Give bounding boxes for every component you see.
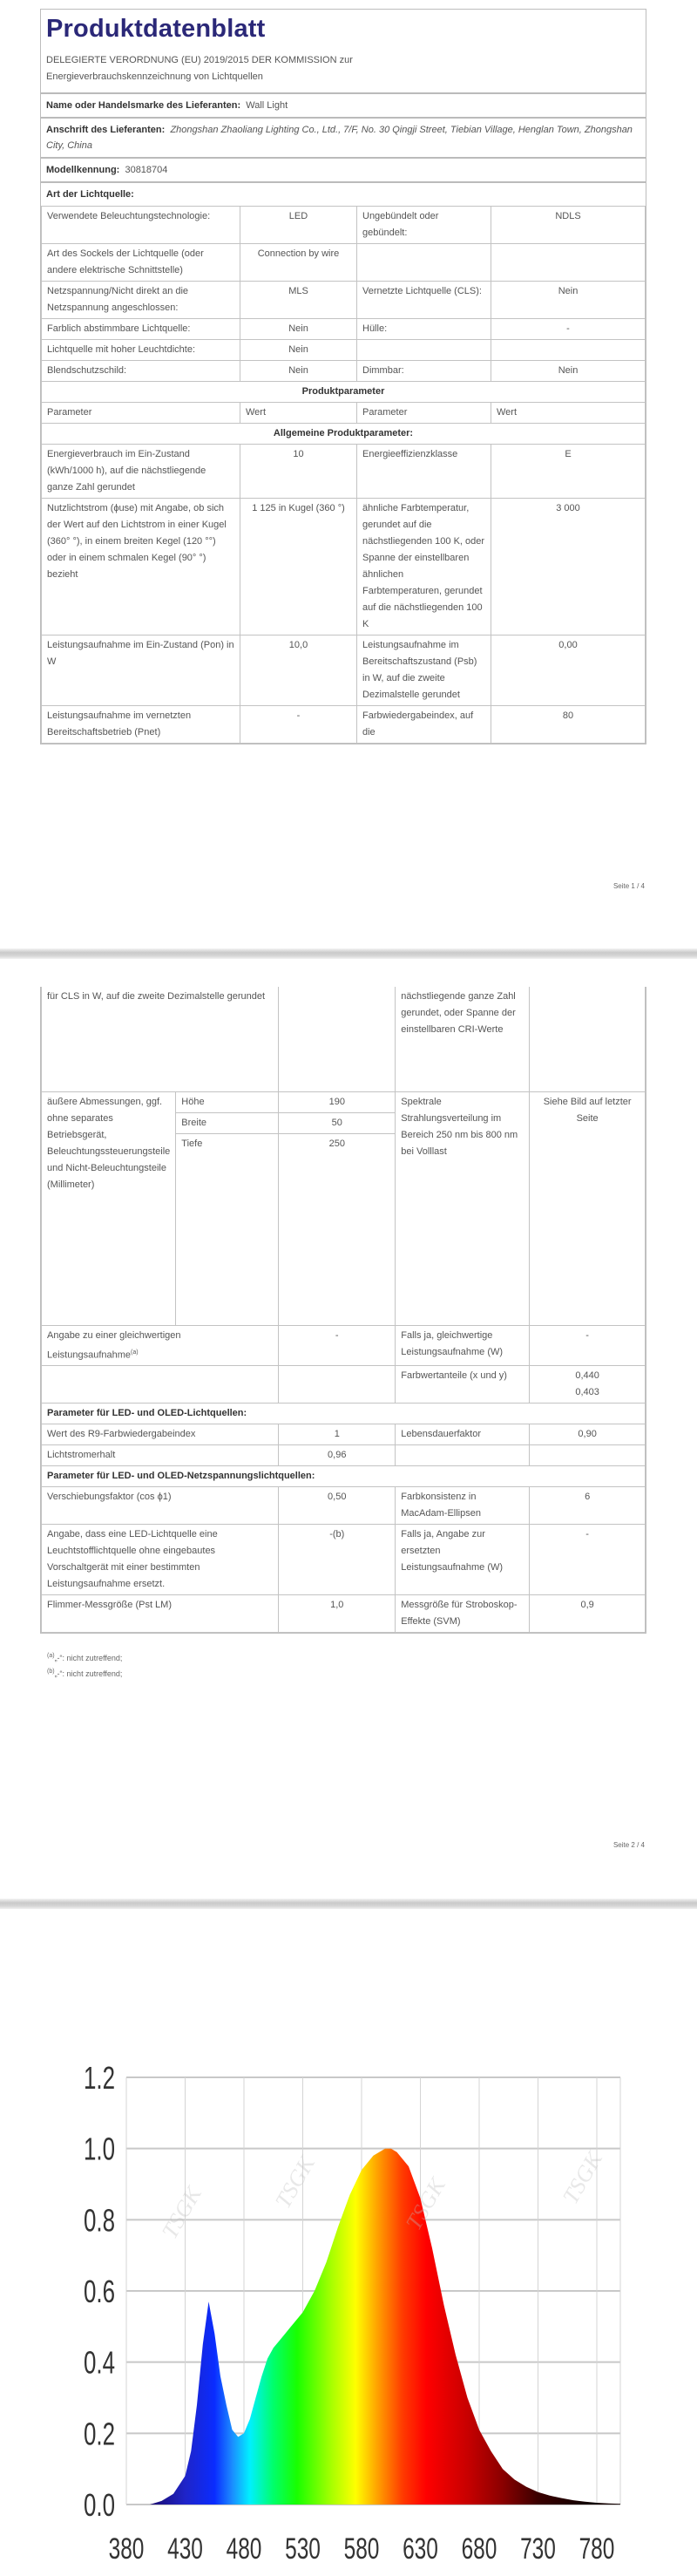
led-params-heading: Parameter für LED- und OLED-Lichtquellen… [42,1404,646,1424]
general-param-value-2: E [491,445,646,499]
equivalent-power-row: Angabe zu einer gleichwertigen Leistungs… [42,1325,646,1366]
type-value-1: Connection by wire [240,244,357,282]
general-param-param-1: Nutzlichtstrom (ϕuse) mit Angabe, ob sic… [42,499,240,636]
type-row: Art des Sockels der Lichtquelle (oder an… [42,244,646,282]
x-tick-label: 480 [227,2532,262,2566]
spectral-distribution-chart: TSGKTSGKTSGKTSGK0.00.20.40.60.81.01.2380… [0,1909,697,2576]
model-value: 30818704 [125,165,167,175]
general-params-heading: Allgemeine Produktparameter: [42,424,646,445]
type-value-2: NDLS [491,207,646,244]
mls-param-row: Angabe, dass eine LED-Lichtquelle eine L… [42,1525,646,1595]
general-param-value-1: - [240,706,357,744]
general-param-value-1: 1 125 in Kugel (360 °) [240,499,357,636]
subtitle-line1: DELEGIERTE VERORDNUNG (EU) 2019/2015 DER… [46,52,646,69]
type-row: Verwendete Beleuchtungstechnologie:LEDUn… [42,207,646,244]
mls-param-value-1: 0,50 [279,1487,396,1525]
type-value-2 [491,340,646,361]
led-param-param-1: Wert des R9-Farbwiedergabeindex [42,1424,279,1445]
datasheet-frame-page2: für CLS in W, auf die zweite Dezimalstel… [40,987,646,1634]
type-param-1: Farblich abstimmbare Lichtquelle: [42,319,240,340]
type-row: Netzspannung/Nicht direkt an die Netzspa… [42,282,646,319]
watermark: TSGK [270,2151,321,2212]
light-source-type-row: Art der Lichtquelle: [41,181,646,206]
spectrum-area [150,2149,620,2505]
led-param-param-1: Lichtstromerhalt [42,1445,279,1466]
type-param-1: Netzspannung/Nicht direkt an die Netzspa… [42,282,240,319]
type-param-2 [357,340,491,361]
led-param-value-1: 1 [279,1424,396,1445]
general-param-row: Energieverbrauch im Ein-Zustand (kWh/100… [42,445,646,499]
x-tick-label: 780 [579,2532,615,2566]
supplier-name-row: Name oder Handelsmarke des Lieferanten: … [41,92,646,117]
led-param-row: Wert des R9-Farbwiedergabeindex1Lebensda… [42,1424,646,1445]
x-tick-label: 380 [109,2532,145,2566]
column-header-row: Parameter Wert Parameter Wert [42,403,646,424]
page-3: TSGKTSGKTSGKTSGK0.00.20.40.60.81.01.2380… [0,1909,697,2576]
y-tick-label: 0.8 [84,2203,115,2238]
product-params-heading: Produktparameter [42,382,646,403]
continued-row: für CLS in W, auf die zweite Dezimalstel… [42,987,646,1091]
general-param-param-2: Energieeffizienzklasse [357,445,491,499]
equivalent-power-watt-label: Falls ja, gleichwertige Leistungsaufnahm… [396,1325,530,1366]
footnote: (b)„-“: nicht zutreffend; [47,1665,122,1681]
col-header-value-1: Wert [240,403,357,424]
y-tick-label: 0.6 [84,2274,115,2309]
cont-param-1: für CLS in W, auf die zweite Dezimalstel… [42,987,279,1091]
x-tick-label: 530 [285,2532,321,2566]
y-tick-label: 0.4 [84,2346,115,2381]
footnote-text: „-“: nicht zutreffend; [55,1669,123,1678]
type-value-2 [491,244,646,282]
type-value-1: Nein [240,319,357,340]
dimension-height-value: 190 [279,1091,396,1112]
cont-value-1 [279,987,396,1091]
footnote: (a)„-“: nicht zutreffend; [47,1649,122,1665]
spectral-distribution-label: Spektrale Strahlungsverteilung im Bereic… [396,1091,530,1325]
general-param-param-2: Farbwiedergabeindex, auf die [357,706,491,744]
equivalent-power-label: Angabe zu einer gleichwertigen Leistungs… [47,1330,181,1361]
params-table-page2: für CLS in W, auf die zweite Dezimalstel… [41,987,646,1633]
led-param-value-2: 0,90 [530,1424,646,1445]
col-header-param-2: Parameter [357,403,491,424]
y-tick-label: 0.2 [84,2416,115,2451]
dimension-width-label: Breite [176,1112,279,1133]
equivalent-power-value: - [279,1325,396,1366]
type-table: Verwendete Beleuchtungstechnologie:LEDUn… [41,206,646,744]
x-tick-label: 730 [520,2532,556,2566]
mls-param-param-1: Flimmer-Messgröße (Pst LM) [42,1595,279,1633]
page-separator-2 [0,1899,697,1909]
footnotes: (a)„-“: nicht zutreffend;(b)„-“: nicht z… [0,1649,122,1681]
type-value-1: Nein [240,361,357,382]
model-label: Modellkennung: [46,165,119,175]
mls-param-value-2: - [530,1525,646,1595]
dimension-depth-label: Tiefe [176,1133,279,1325]
general-param-param-2: Leistungsaufnahme im Bereitschaftszustan… [357,636,491,706]
type-param-1: Art des Sockels der Lichtquelle (oder an… [42,244,240,282]
type-param-1: Verwendete Beleuchtungstechnologie: [42,207,240,244]
mls-param-param-2: Farbkonsistenz in MacAdam-Ellipsen [396,1487,530,1525]
type-value-1: Nein [240,340,357,361]
page-number-1: Seite 1 / 4 [613,882,645,890]
model-row: Modellkennung: 30818704 [41,157,646,181]
chromaticity-label: Farbwertanteile (x und y) [396,1366,530,1404]
led-param-value-1: 0,96 [279,1445,396,1466]
type-param-2: Ungebündelt oder gebündelt: [357,207,491,244]
general-param-row: Leistungsaufnahme im Ein-Zustand (Pon) i… [42,636,646,706]
type-value-2: - [491,319,646,340]
general-param-param-1: Leistungsaufnahme im vernetzten Bereitsc… [42,706,240,744]
mls-param-value-1: 1,0 [279,1595,396,1633]
mls-heading-row: Parameter für LED- und OLED-Netzspannung… [42,1466,646,1487]
general-params-heading-row: Allgemeine Produktparameter: [42,424,646,445]
cont-param-2: nächstliegende ganze Zahl gerundet, oder… [396,987,530,1091]
mls-param-value-2: 6 [530,1487,646,1525]
supplier-address-row: Anschrift des Lieferanten: Zhongshan Zha… [41,117,646,157]
subtitle-line2: Energieverbrauchskennzeichnung von Licht… [46,69,646,85]
type-row: Farblich abstimmbare Lichtquelle:NeinHül… [42,319,646,340]
mls-param-param-2: Falls ja, Angabe zur ersetzten Leistungs… [396,1525,530,1595]
mls-param-row: Flimmer-Messgröße (Pst LM)1,0Messgröße f… [42,1595,646,1633]
general-param-param-1: Leistungsaufnahme im Ein-Zustand (Pon) i… [42,636,240,706]
type-row: Blendschutzschild:NeinDimmbar:Nein [42,361,646,382]
mls-param-value-1: -(b) [279,1525,396,1595]
general-param-value-1: 10,0 [240,636,357,706]
footnote-mark: (a) [47,1653,55,1659]
watermark: TSGK [558,2146,608,2208]
dimensions-row: äußere Abmessungen, ggf. ohne separates … [42,1091,646,1112]
footnote-mark: (b) [47,1669,55,1675]
regulation-subtitle: DELEGIERTE VERORDNUNG (EU) 2019/2015 DER… [46,52,646,85]
led-param-value-2 [530,1445,646,1466]
cont-value-2 [530,987,646,1091]
general-param-param-2: ähnliche Farbtemperatur, gerundet auf di… [357,499,491,636]
y-tick-label: 0.0 [84,2488,115,2523]
type-param-2: Vernetzte Lichtquelle (CLS): [357,282,491,319]
type-param-2 [357,244,491,282]
type-value-1: LED [240,207,357,244]
mls-param-param-2: Messgröße für Stroboskop-Effekte (SVM) [396,1595,530,1633]
page-1: Produktdatenblatt DELEGIERTE VERORDNUNG … [0,0,697,950]
x-tick-label: 430 [167,2532,203,2566]
document-title: Produktdatenblatt [46,15,646,44]
dimensions-label: äußere Abmessungen, ggf. ohne separates … [42,1091,176,1325]
type-param-1: Lichtquelle mit hoher Leuchtdichte: [42,340,240,361]
general-param-value-2: 3 000 [491,499,646,636]
mls-param-row: Verschiebungsfaktor (cos ϕ1)0,50Farbkons… [42,1487,646,1525]
type-param-2: Hülle: [357,319,491,340]
led-param-param-2: Lebensdauerfaktor [396,1424,530,1445]
led-param-row: Lichtstromerhalt0,96 [42,1445,646,1466]
general-param-value-2: 0,00 [491,636,646,706]
x-tick-label: 680 [462,2532,497,2566]
led-heading-row: Parameter für LED- und OLED-Lichtquellen… [42,1404,646,1424]
mls-params-heading: Parameter für LED- und OLED-Netzspannung… [42,1466,646,1487]
datasheet-frame-page1: Produktdatenblatt DELEGIERTE VERORDNUNG … [40,9,646,744]
page-2: für CLS in W, auf die zweite Dezimalstel… [0,959,697,1899]
supplier-name-label: Name oder Handelsmarke des Lieferanten: [46,100,240,111]
general-param-param-1: Energieverbrauch im Ein-Zustand (kWh/100… [42,445,240,499]
chromaticity-y: 0,403 [535,1384,639,1401]
type-row: Lichtquelle mit hoher Leuchtdichte:Nein [42,340,646,361]
col-header-param-1: Parameter [42,403,240,424]
mls-param-param-1: Verschiebungsfaktor (cos ϕ1) [42,1487,279,1525]
x-tick-label: 580 [344,2532,380,2566]
type-value-2: Nein [491,361,646,382]
footnote-text: „-“: nicht zutreffend; [55,1654,123,1662]
y-tick-label: 1.0 [84,2132,115,2167]
mls-param-value-2: 0,9 [530,1595,646,1633]
type-value-1: MLS [240,282,357,319]
dimension-width-value: 50 [279,1112,396,1133]
supplier-name-value: Wall Light [246,100,288,111]
dimension-depth-value: 250 [279,1133,396,1325]
light-source-type-label: Art der Lichtquelle: [46,189,134,200]
y-tick-label: 1.2 [84,2061,115,2096]
general-param-row: Nutzlichtstrom (ϕuse) mit Angabe, ob sic… [42,499,646,636]
spectral-distribution-value: Siehe Bild auf letzter Seite [530,1091,646,1325]
page-number-2: Seite 2 / 4 [613,1841,645,1849]
general-param-row: Leistungsaufnahme im vernetzten Bereitsc… [42,706,646,744]
supplier-address-label: Anschrift des Lieferanten: [46,125,165,135]
product-params-heading-row: Produktparameter [42,382,646,403]
col-header-value-2: Wert [491,403,646,424]
mls-param-param-1: Angabe, dass eine LED-Lichtquelle eine L… [42,1525,279,1595]
type-param-2: Dimmbar: [357,361,491,382]
chromaticity-x: 0,440 [535,1368,639,1384]
x-tick-label: 630 [403,2532,438,2566]
general-param-value-1: 10 [240,445,357,499]
type-value-2: Nein [491,282,646,319]
footnote-ref-a: (a) [131,1349,139,1356]
dimension-height-label: Höhe [176,1091,279,1112]
type-param-1: Blendschutzschild: [42,361,240,382]
watermark: TSGK [157,2181,207,2243]
page-separator-1 [0,948,697,959]
general-param-value-2: 80 [491,706,646,744]
chromaticity-row: Farbwertanteile (x und y) 0,4400,403 [42,1366,646,1404]
equivalent-power-watt-value: - [530,1325,646,1366]
led-param-param-2 [396,1445,530,1466]
